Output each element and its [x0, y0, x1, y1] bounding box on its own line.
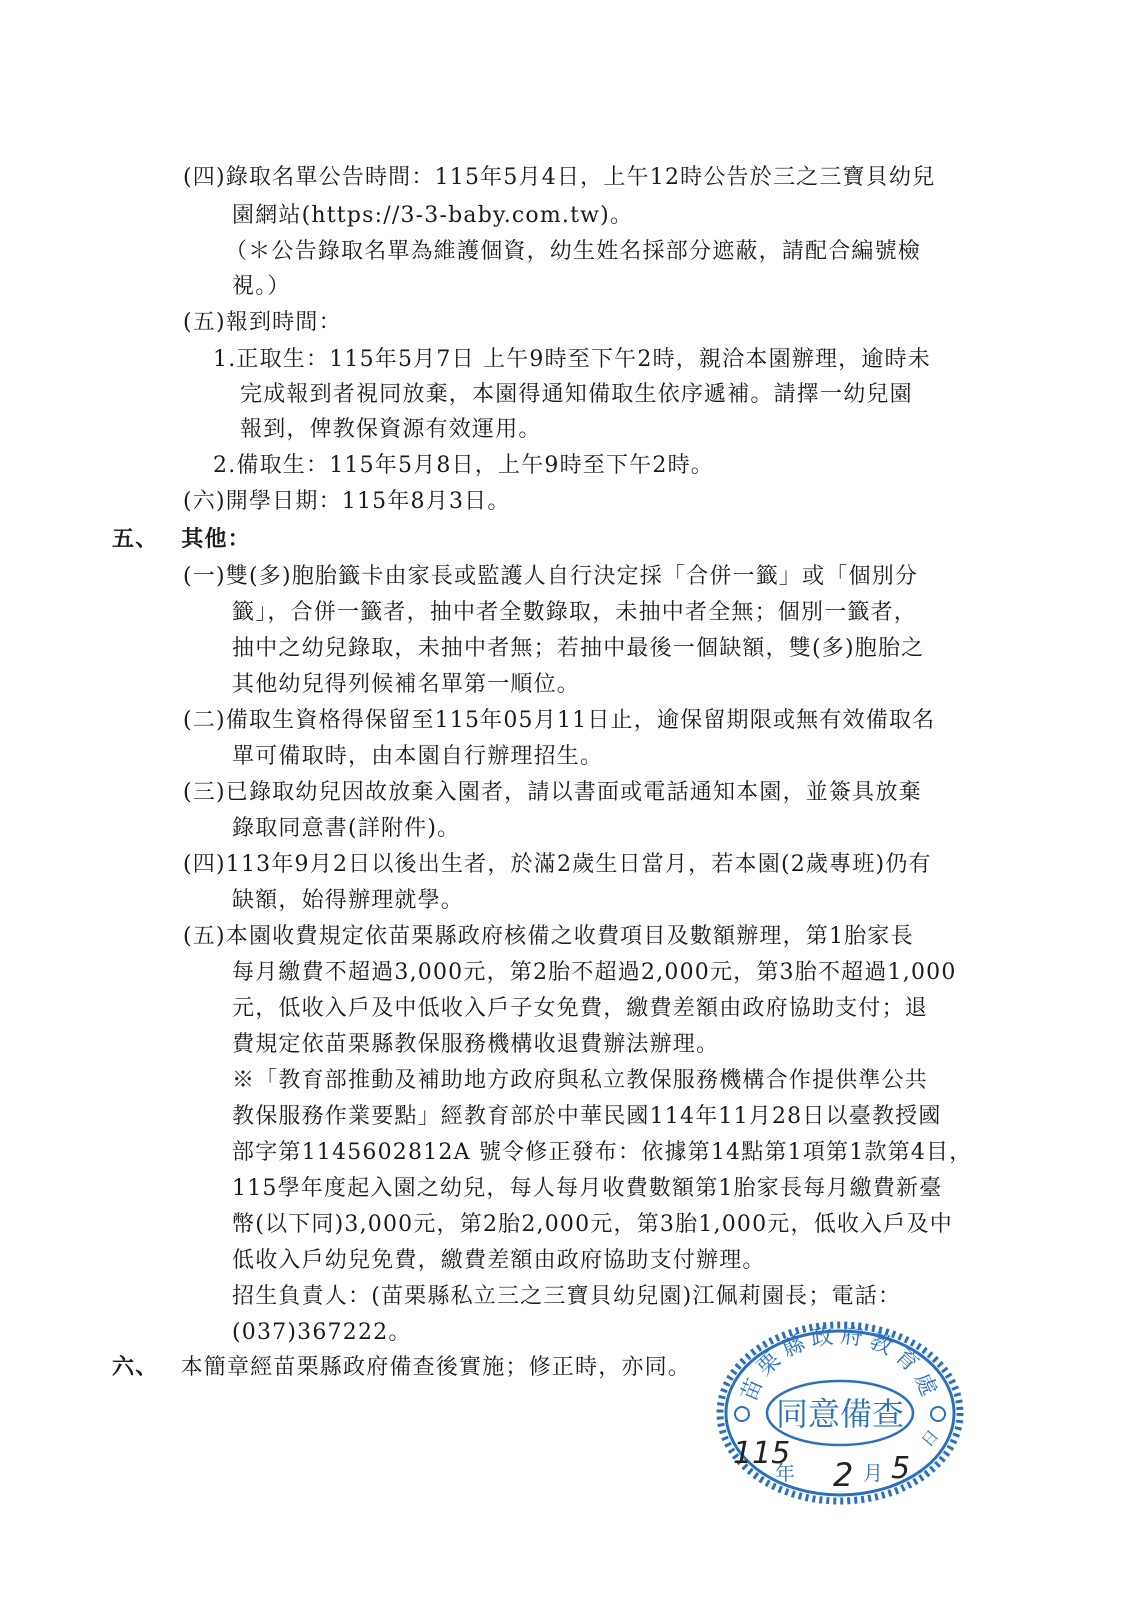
handwritten-day: 5 — [891, 1451, 910, 1486]
item-4-4-note-1: （＊公告錄取名單為維護個資，幼生姓名採部分遮蔽，請配合編號檢 — [225, 237, 921, 267]
regulation-note-line-5: 幣(以下同)3,000元，第2胎2,000元，第3胎1,000元，低收入戶及中 — [232, 1210, 953, 1240]
regulation-note-line-6: 低收入戶幼兒免費，繳費差額由政府協助支付辦理。 — [232, 1246, 766, 1276]
item-5-3-line-1: (三)已錄取幼兒因故放棄入園者，請以書面或電話通知本園，並簽具放棄 — [183, 778, 922, 808]
item-4-4-line-1: (四)錄取名單公告時間：115年5月4日，上午12時公告於三之三寶貝幼兒 — [183, 163, 935, 193]
item-4-4-line-2: 園網站(https://3-3-baby.com.tw)。 — [232, 201, 633, 231]
item-5-5-line-1: (五)本園收費規定依苗栗縣政府核備之收費項目及數額辦理，第1胎家長 — [183, 922, 914, 952]
stamp-seal-icon: 苗栗縣政府教育處 同意備查 年 月 日 115 2 5 — [715, 1318, 965, 1508]
item-4-5-1-line-2: 完成報到者視同放棄，本園得通知備取生依序遞補。請擇一幼兒園 — [240, 380, 913, 410]
plum-blossom-icon-right — [931, 1407, 945, 1421]
item-4-4-note-2: 視。） — [232, 272, 291, 302]
item-5-4-line-2: 缺額，始得辦理就學。 — [232, 886, 464, 916]
regulation-note-line-3: 部字第1145602812A 號令修正發布：依據第14點第1項第1款第4目， — [232, 1138, 972, 1168]
section-5-heading: 五、 其他： — [112, 524, 251, 554]
section-6-text: 本簡章經苗栗縣政府備查後實施；修正時，亦同。 — [181, 1355, 691, 1380]
item-4-6: (六)開學日期：115年8月3日。 — [183, 487, 511, 517]
approval-stamp: 苗栗縣政府教育處 同意備查 年 月 日 115 2 5 — [715, 1318, 965, 1508]
handwritten-year: 115 — [733, 1436, 790, 1471]
section-5-title: 其他： — [181, 526, 251, 552]
section-6-number: 六、 — [112, 1354, 158, 1380]
document-page: (四)錄取名單公告時間：115年5月4日，上午12時公告於三之三寶貝幼兒 園網站… — [0, 0, 1132, 1600]
svg-text:苗栗縣政府教育處: 苗栗縣政府教育處 — [737, 1323, 943, 1405]
item-5-3-line-2: 錄取同意書(詳附件)。 — [232, 814, 460, 844]
item-5-1-line-3: 抽中之幼兒錄取，未抽中者無；若抽中最後一個缺額，雙(多)胞胎之 — [232, 634, 924, 664]
item-5-4-line-1: (四)113年9月2日以後出生者，於滿2歲生日當月，若本園(2歲專班)仍有 — [183, 850, 932, 880]
item-5-1-line-2: 籤」，合併一籤者，抽中者全數錄取，未抽中者全無；個別一籤者， — [232, 598, 917, 628]
item-5-5-line-2: 每月繳費不超過3,000元，第2胎不超過2,000元，第3胎不超過1,000 — [232, 958, 957, 988]
svg-text:月: 月 — [863, 1461, 883, 1485]
item-4-5-1-line-1: 1.正取生：115年5月7日 上午9時至下午2時，親洽本園辦理，逾時未 — [213, 345, 931, 375]
item-5-5-line-3: 元，低收入戶及中低收入戶子女免費，繳費差額由政府協助支付；退 — [232, 994, 928, 1024]
handwritten-month: 2 — [833, 1456, 853, 1494]
contact-line-1: 招生負責人：(苗栗縣私立三之三寶貝幼兒園)江佩莉園長；電話： — [232, 1282, 901, 1312]
item-4-5-2: 2.備取生：115年5月8日，上午9時至下午2時。 — [213, 451, 714, 481]
item-4-5-1-line-3: 報到，俾教保資源有效運用。 — [240, 415, 542, 445]
item-5-2-line-2: 單可備取時，由本園自行辦理招生。 — [232, 742, 603, 772]
regulation-note-line-2: 教保服務作業要點」經教育部於中華民國114年11月28日以臺教授國 — [232, 1102, 942, 1132]
item-5-1-line-4: 其他幼兒得列候補名單第一順位。 — [232, 670, 580, 700]
section-5-number: 五、 — [112, 526, 158, 552]
plum-blossom-icon-left — [735, 1407, 749, 1421]
item-5-1-line-1: (一)雙(多)胞胎籤卡由家長或監護人自行決定採「合併一籤」或「個別分 — [183, 562, 918, 592]
item-5-2-line-1: (二)備取生資格得保留至115年05月11日止，逾保留期限或無有效備取名 — [183, 706, 935, 736]
svg-text:日: 日 — [918, 1426, 943, 1450]
regulation-note-line-4: 115學年度起入園之幼兒，每人每月收費數額第1胎家長每月繳費新臺 — [232, 1174, 942, 1204]
item-4-5-title: (五)報到時間： — [183, 308, 342, 338]
item-5-5-line-4: 費規定依苗栗縣教保服務機構收退費辦法辦理。 — [232, 1030, 719, 1060]
section-6: 六、 本簡章經苗栗縣政府備查後實施；修正時，亦同。 — [112, 1352, 691, 1383]
contact-phone: (037)367222。 — [232, 1318, 412, 1348]
stamp-center-text: 同意備查 — [776, 1395, 904, 1433]
regulation-note-line-1: ※「教育部推動及補助地方政府與私立教保服務機構合作提供準公共 — [232, 1066, 928, 1096]
